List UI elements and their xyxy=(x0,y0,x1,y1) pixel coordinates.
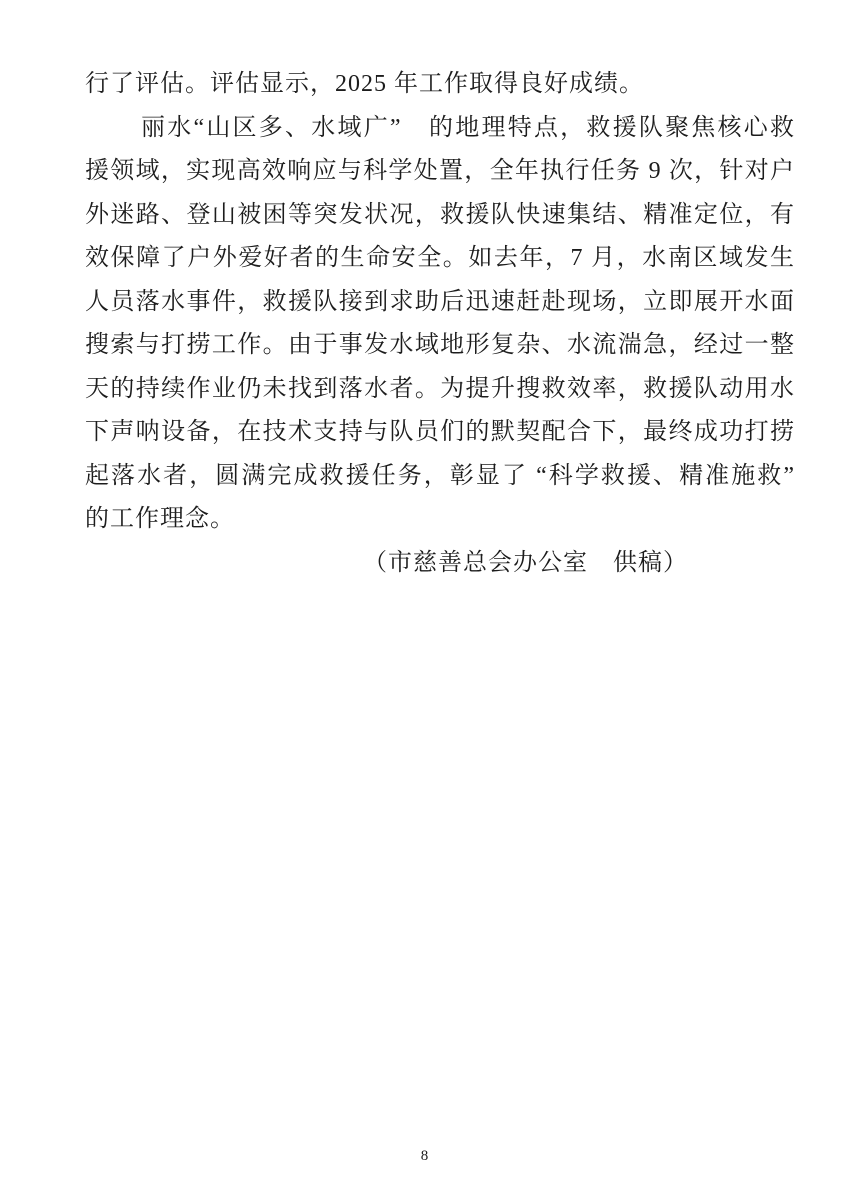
body-text: 行了评估。评估显示，2025 年工作取得良好成绩。 丽水“山区多、水域广” 的地… xyxy=(85,63,795,585)
text-line: 外迷路、登山被困等突发状况，救援队快速集结、精准定位，有 xyxy=(85,194,795,238)
text-line: 人员落水事件，救援队接到求助后迅速赶赴现场，立即展开水面 xyxy=(85,281,795,325)
document-page: 行了评估。评估显示，2025 年工作取得良好成绩。 丽水“山区多、水域广” 的地… xyxy=(0,0,849,1200)
text-line: 搜索与打捞工作。由于事发水域地形复杂、水流湍急，经过一整 xyxy=(85,324,795,368)
text-line: 丽水“山区多、水域广” 的地理特点，救援队聚焦核心救 xyxy=(85,107,795,151)
text-line: 天的持续作业仍未找到落水者。为提升搜救效率，救援队动用水 xyxy=(85,368,795,412)
text-line: 的工作理念。 xyxy=(85,498,795,542)
text-line: 效保障了户外爱好者的生命安全。如去年，7 月，水南区域发生 xyxy=(85,237,795,281)
attribution-line: （市慈善总会办公室 供稿） xyxy=(85,542,795,586)
text-line: 下声呐设备，在技术支持与队员们的默契配合下，最终成功打捞 xyxy=(85,411,795,455)
text-line: 行了评估。评估显示，2025 年工作取得良好成绩。 xyxy=(85,63,795,107)
text-line: 起落水者，圆满完成救援任务，彰显了 “科学救援、精准施救” xyxy=(85,455,795,499)
page-number: 8 xyxy=(0,1146,849,1166)
text-line: 援领域，实现高效响应与科学处置，全年执行任务 9 次，针对户 xyxy=(85,150,795,194)
